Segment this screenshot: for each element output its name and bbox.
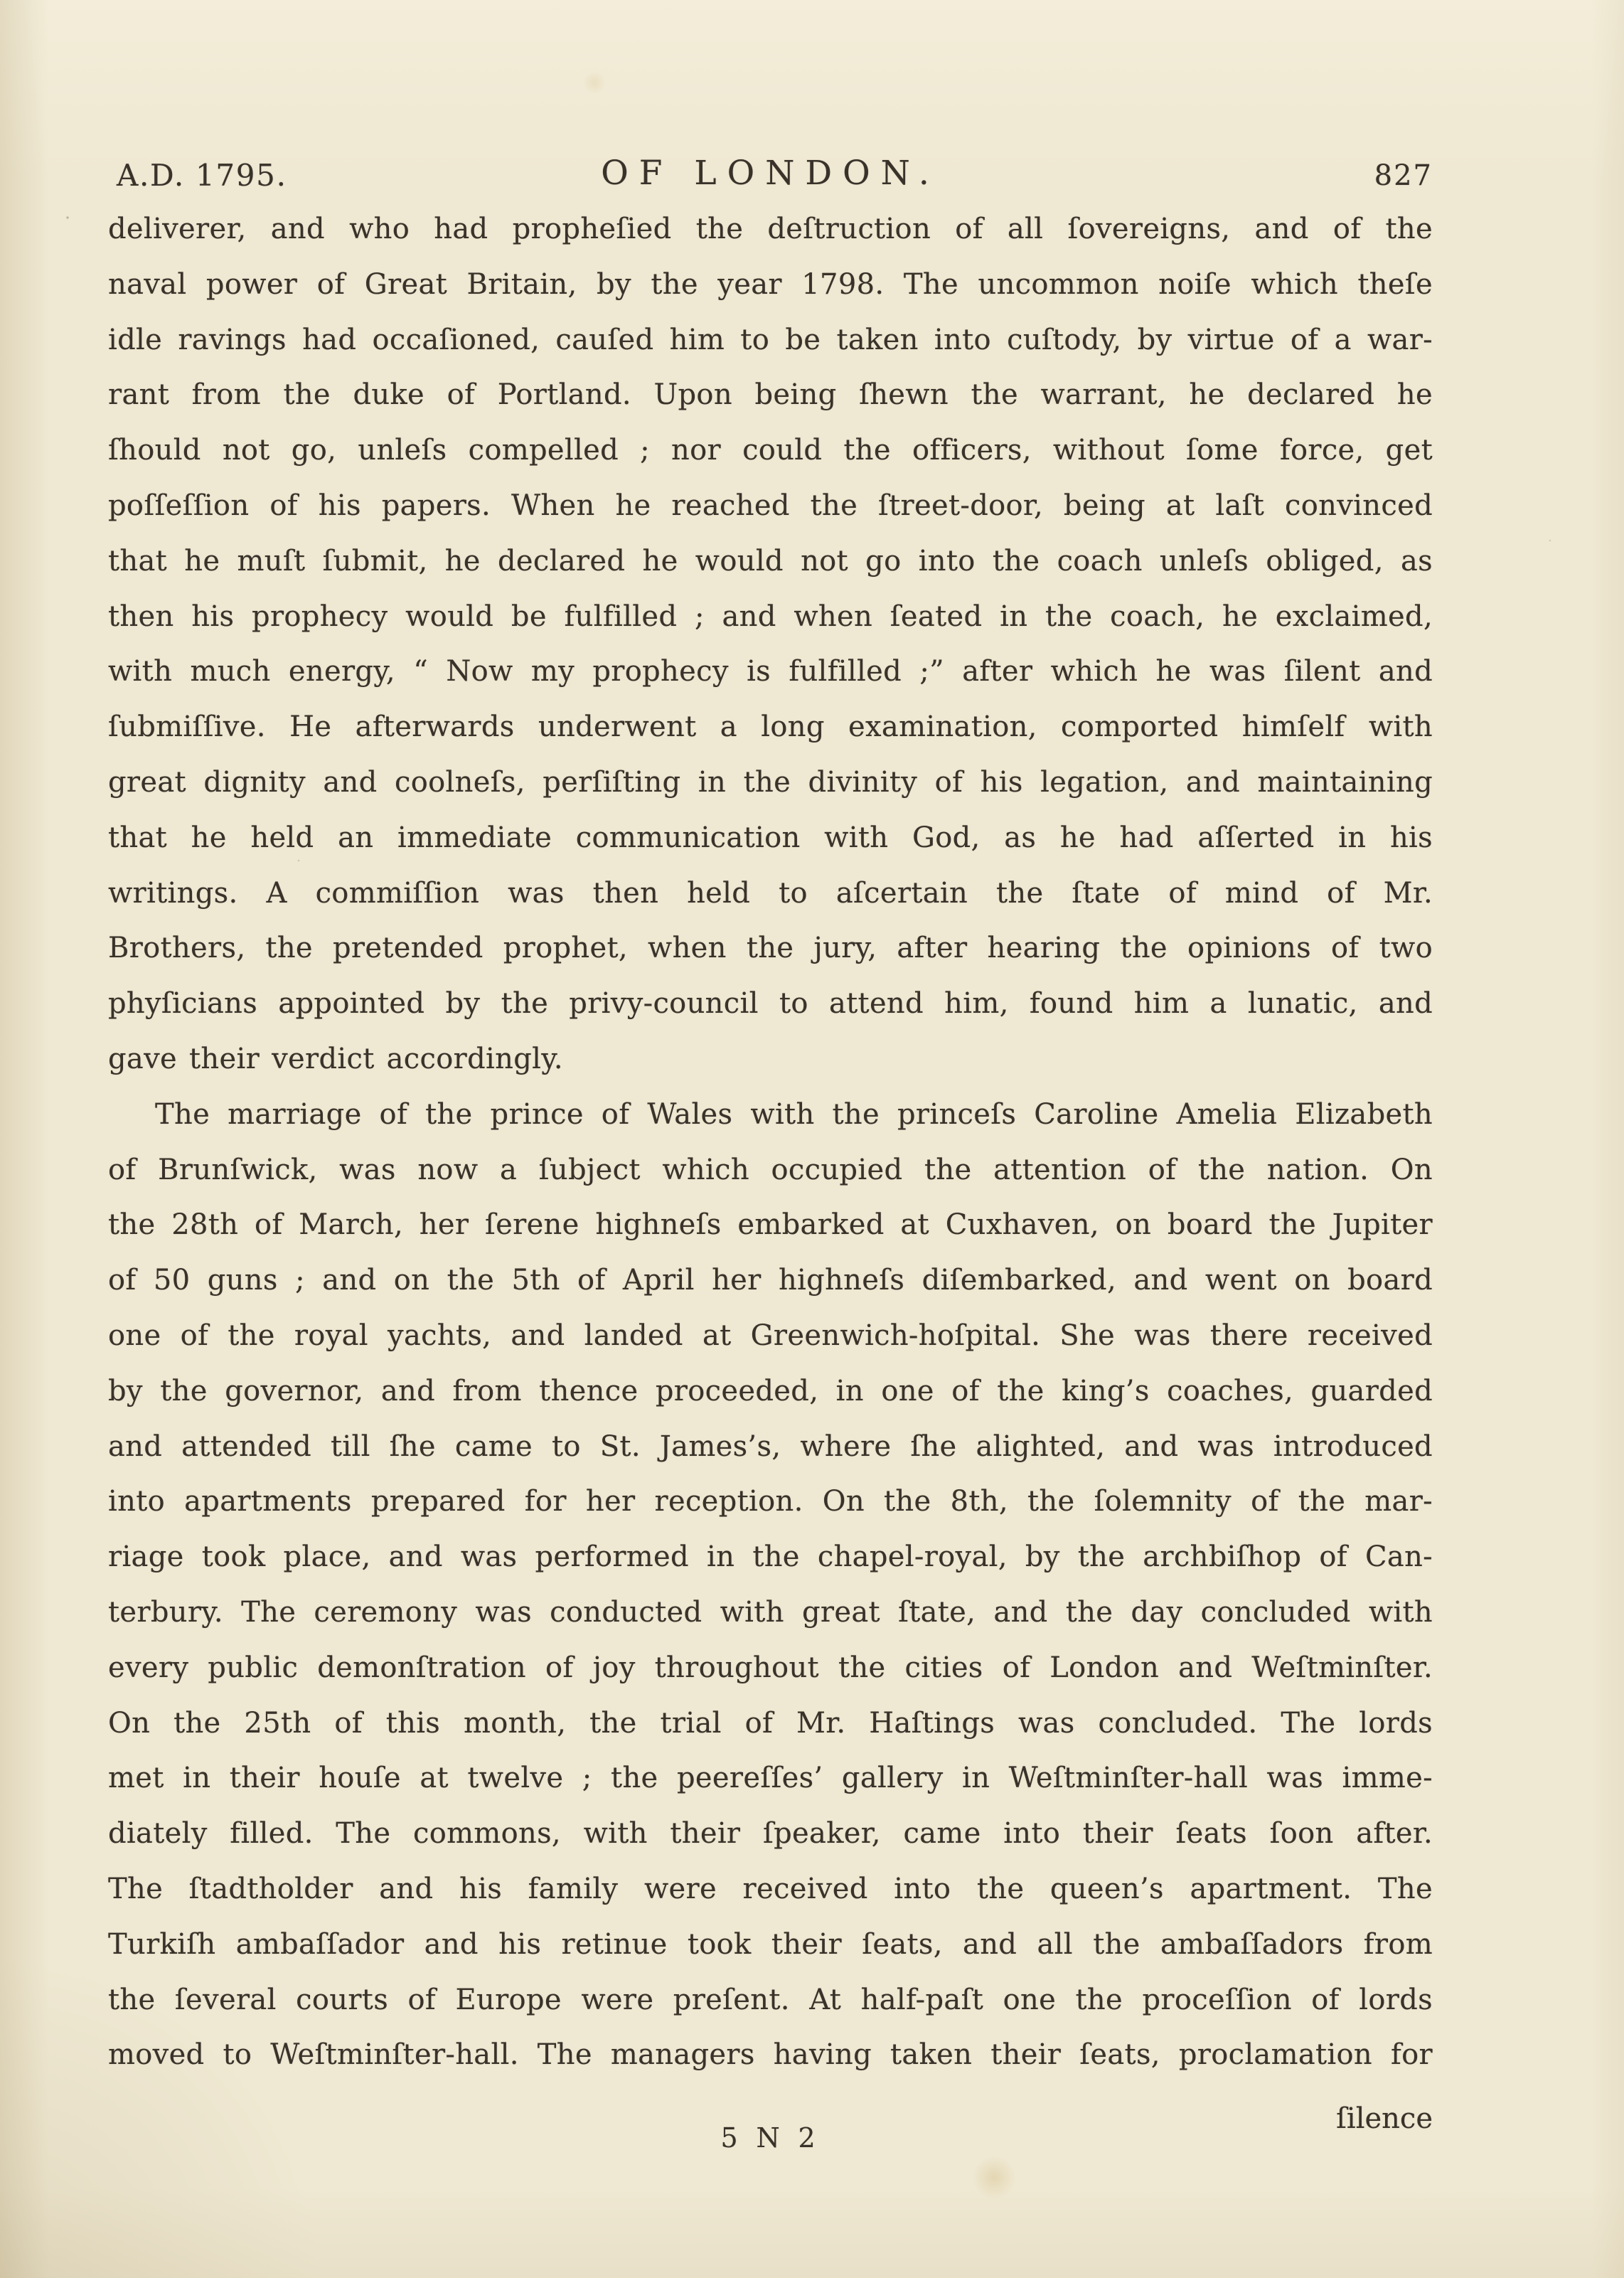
text-line: diately filled. The commons, with their … (108, 1806, 1433, 1862)
text-line: the 28th of March, her ſerene highneſs e… (108, 1198, 1433, 1253)
text-line: ſhould not go, unleſs compelled ; nor co… (108, 423, 1433, 479)
text-line: gave their verdict accordingly. (108, 1032, 1433, 1087)
text-line: great dignity and coolneſs, perſiſting i… (108, 755, 1433, 811)
text-line: with much energy, “ Now my prophecy is f… (108, 644, 1433, 700)
text-line: The ſtadtholder and his family were rece… (108, 1862, 1433, 1917)
text-line: The marriage of the prince of Wales with… (108, 1087, 1433, 1143)
book-page: A.D. 1795. OF LONDON. 827 deliverer, and… (0, 0, 1624, 2278)
text-line: that he held an immediate communication … (108, 811, 1433, 866)
catchword: ſilence (1336, 2102, 1433, 2135)
running-head: A.D. 1795. OF LONDON. 827 (108, 151, 1433, 201)
text-line: of Brunſwick, was now a ſubject which oc… (108, 1143, 1433, 1198)
text-line: phyſicians appointed by the privy-counci… (108, 976, 1433, 1032)
text-line: ſubmiſſive. He afterwards underwent a lo… (108, 700, 1433, 755)
page-footer: 5 N 2 ſilence (108, 2102, 1433, 2188)
text-line: idle ravings had occaſioned, cauſed him … (108, 313, 1433, 368)
text-line: the ſeveral courts of Europe were preſen… (108, 1973, 1433, 2028)
text-block: deliverer, and who had propheſied the de… (108, 202, 1433, 2083)
text-line: moved to Weſtminſter-hall. The managers … (108, 2028, 1433, 2083)
text-line: that he muſt ſubmit, he declared he woul… (108, 534, 1433, 590)
text-line: riage took place, and was performed in t… (108, 1530, 1433, 1585)
text-line: terbury. The ceremony was conducted with… (108, 1585, 1433, 1641)
text-line: naval power of Great Britain, by the yea… (108, 257, 1433, 313)
text-line: every public demonſtration of joy throug… (108, 1641, 1433, 1696)
header-title: OF LONDON. (108, 154, 1433, 193)
text-line: then his prophecy would be fulfilled ; a… (108, 590, 1433, 645)
text-line: and attended till ſhe came to St. James’… (108, 1420, 1433, 1475)
signature-mark: 5 N 2 (108, 2122, 1433, 2154)
text-line: met in their houſe at twelve ; the peere… (108, 1751, 1433, 1806)
text-line: writings. A commiſſion was then held to … (108, 866, 1433, 922)
text-line: Brothers, the pretended prophet, when th… (108, 921, 1433, 976)
text-line: Turkiſh ambaſſador and his retinue took … (108, 1917, 1433, 1973)
text-line: rant from the duke of Portland. Upon bei… (108, 368, 1433, 423)
page-number: 827 (1374, 159, 1433, 192)
text-line: of 50 guns ; and on the 5th of April her… (108, 1253, 1433, 1309)
text-line: On the 25th of this month, the trial of … (108, 1696, 1433, 1752)
text-line: into apartments prepared for her recepti… (108, 1474, 1433, 1530)
text-line: poſſeſſion of his papers. When he reache… (108, 479, 1433, 534)
text-line: one of the royal yachts, and landed at G… (108, 1309, 1433, 1364)
text-line: deliverer, and who had propheſied the de… (108, 202, 1433, 257)
text-line: by the governor, and from thence proceed… (108, 1364, 1433, 1420)
